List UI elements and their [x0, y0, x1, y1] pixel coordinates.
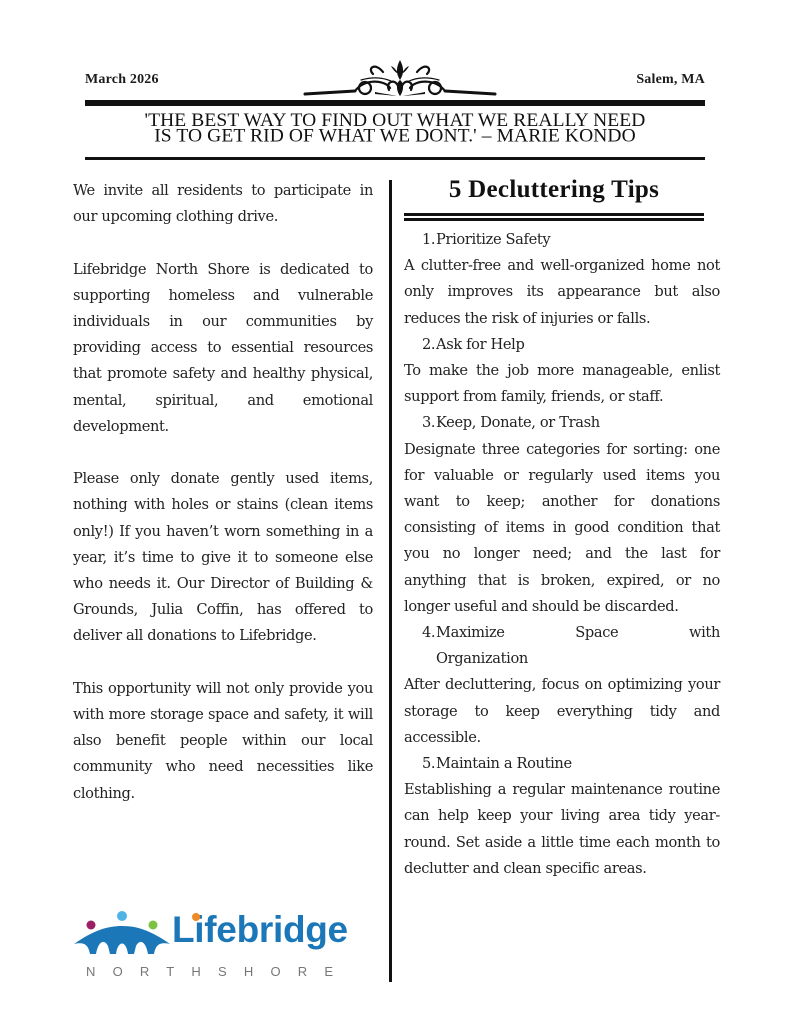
tip-body: Designate three categories for sorting: …: [404, 437, 720, 620]
article-paragraph: We invite all residents to participate i…: [73, 178, 373, 230]
decluttering-tips: 5 Decluttering Tips 1. Prioritize Safety…: [404, 170, 720, 882]
tips-heading: 5 Decluttering Tips: [404, 170, 704, 210]
tip-body: After decluttering, focus on optimizing …: [404, 672, 720, 751]
logo-subtitle: NORTHSHORE: [86, 964, 356, 979]
masthead: March 2026 Salem, MA: [85, 58, 705, 98]
bridge-people-icon: [74, 910, 170, 960]
logo-i-dot: [192, 913, 200, 921]
tip-title-continued: Organization: [404, 646, 720, 672]
article-paragraph: Lifebridge North Shore is dedicated to s…: [73, 257, 373, 440]
clothing-drive-article: We invite all residents to participate i…: [73, 178, 373, 833]
tip-title: 2. Ask for Help: [404, 332, 720, 358]
tip-title: 5. Maintain a Routine: [404, 751, 720, 777]
tip-title: 3. Keep, Donate, or Trash: [404, 410, 720, 436]
column-divider: [389, 180, 392, 982]
quote-line-2: IS TO GET RID OF WHAT WE DONT.' – MARIE …: [85, 129, 705, 145]
article-paragraph: This opportunity will not only provide y…: [73, 676, 373, 807]
issue-date: March 2026: [85, 72, 159, 88]
tip-body: A clutter-free and well-organized home n…: [404, 253, 720, 332]
header-rule-top: [85, 100, 705, 106]
featured-quote: 'THE BEST WAY TO FIND OUT WHAT WE REALLY…: [85, 113, 705, 144]
lifebridge-logo: Lifebridge NORTHSHORE: [74, 908, 364, 984]
tip-title: 1. Prioritize Safety: [404, 227, 720, 253]
tip-body: To make the job more manageable, enlist …: [404, 358, 720, 410]
tip-title: 4. Maximize Space with: [404, 620, 720, 646]
article-paragraph: Please only donate gently used items, no…: [73, 466, 373, 649]
tip-body: Establishing a regular maintenance routi…: [404, 777, 720, 882]
flourish-ornament-icon: [295, 58, 505, 98]
header-rule-bottom: [85, 157, 705, 160]
tips-heading-rule: [404, 213, 704, 221]
issue-location: Salem, MA: [636, 72, 705, 88]
